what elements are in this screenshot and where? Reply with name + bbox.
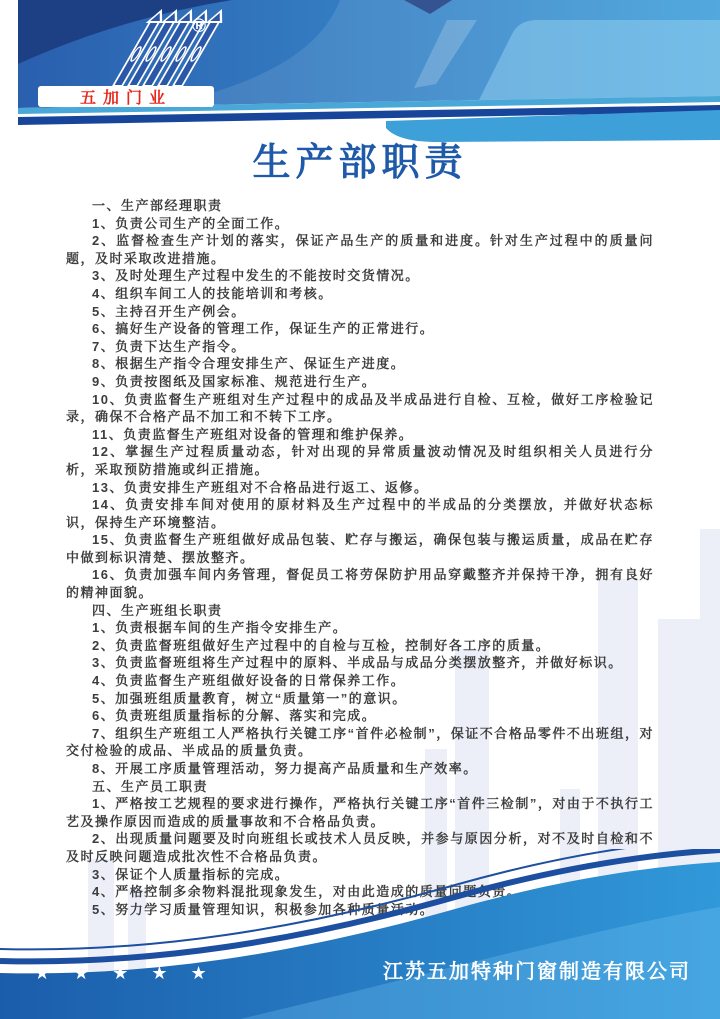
section-item: 4、组织车间工人的技能培训和考核。 (66, 285, 654, 303)
section-item: 9、负责按图纸及国家标准、规范进行生产。 (66, 373, 654, 391)
section-item: 11、负责监督生产班组对设备的管理和维护保养。 (66, 426, 654, 444)
registered-trademark-icon: ® (192, 16, 206, 38)
section-item: 8、开展工序质量管理活动，努力提高产品质量和生产效率。 (66, 760, 654, 778)
section-item: 4、负责监督生产班组做好设备的日常保养工作。 (66, 672, 654, 690)
section-item: 1、严格按工艺规程的要求进行操作，严格执行关键工序“首件三检制”，对由于不执行工… (66, 795, 654, 830)
page-title: 生产部职责 (0, 131, 720, 186)
section-item: 14、负责安排车间对使用的原材料及生产过程中的半成品的分类摆放，并做好状态标识，… (66, 496, 654, 531)
section-item: 12、掌握生产过程质量动态，针对出现的异常质量波动情况及时组织相关人员进行分析，… (66, 443, 654, 478)
section-item: 7、负责下达生产指令。 (66, 338, 654, 356)
poster-page: ® 五加门业 生产部职责 一、生产部经理职责1、负责公司生产的全面工作。2、监督… (0, 0, 720, 1019)
header-banner (0, 0, 720, 152)
brand-band: 五加门业 (38, 86, 214, 107)
section-item: 8、根据生产指令合理安排生产、保证生产进度。 (66, 355, 654, 373)
section-item: 2、监督检查生产计划的落实，保证产品生产的质量和进度。针对生产过程中的质量问题，… (66, 232, 654, 267)
brand-name: 五加门业 (80, 85, 172, 108)
rating-stars: ★ ★ ★ ★ ★ (34, 963, 216, 984)
section-item: 2、负责监督班组做好生产过程中的自检与互检，控制好各工序的质量。 (66, 637, 654, 655)
footer-banner (0, 849, 720, 1019)
section-item: 5、加强班组质量教育，树立“质量第一”的意识。 (66, 690, 654, 708)
section-item: 6、搞好生产设备的管理工作，保证生产的正常进行。 (66, 320, 654, 338)
section-heading: 四、生产班组长职责 (66, 602, 654, 620)
responsibilities-list: 一、生产部经理职责1、负责公司生产的全面工作。2、监督检查生产计划的落实，保证产… (66, 197, 654, 918)
section-heading: 一、生产部经理职责 (66, 197, 654, 215)
company-name: 江苏五加特种门窗制造有限公司 (383, 955, 691, 984)
section-item: 6、负责班组质量指标的分解、落实和完成。 (66, 707, 654, 725)
section-item: 13、负责安排生产班组对不合格品进行返工、返修。 (66, 479, 654, 497)
section-item: 10、负责监督生产班组对生产过程中的成品及半成品进行自检、互检，做好工序检验记录… (66, 391, 654, 426)
section-heading: 五、生产员工职责 (66, 778, 654, 796)
section-item: 1、负责公司生产的全面工作。 (66, 215, 654, 233)
section-item: 3、负责监督班组将生产过程中的原料、半成品与成品分类摆放整齐，并做好标识。 (66, 654, 654, 672)
section-item: 7、组织生产班组工人严格执行关键工序“首件必检制”，保证不合格品零件不出班组，对… (66, 725, 654, 760)
section-item: 3、及时处理生产过程中发生的不能按时交货情况。 (66, 267, 654, 285)
section-item: 16、负责加强车间内务管理，督促员工将劳保防护用品穿戴整齐并保持干净，拥有良好的… (66, 566, 654, 601)
section-item: 1、负责根据车间的生产指令安排生产。 (66, 619, 654, 637)
section-item: 15、负责监督生产班组做好成品包装、贮存与搬运，确保包装与搬运质量，成品在贮存中… (66, 531, 654, 566)
section-item: 5、主持召开生产例会。 (66, 303, 654, 321)
